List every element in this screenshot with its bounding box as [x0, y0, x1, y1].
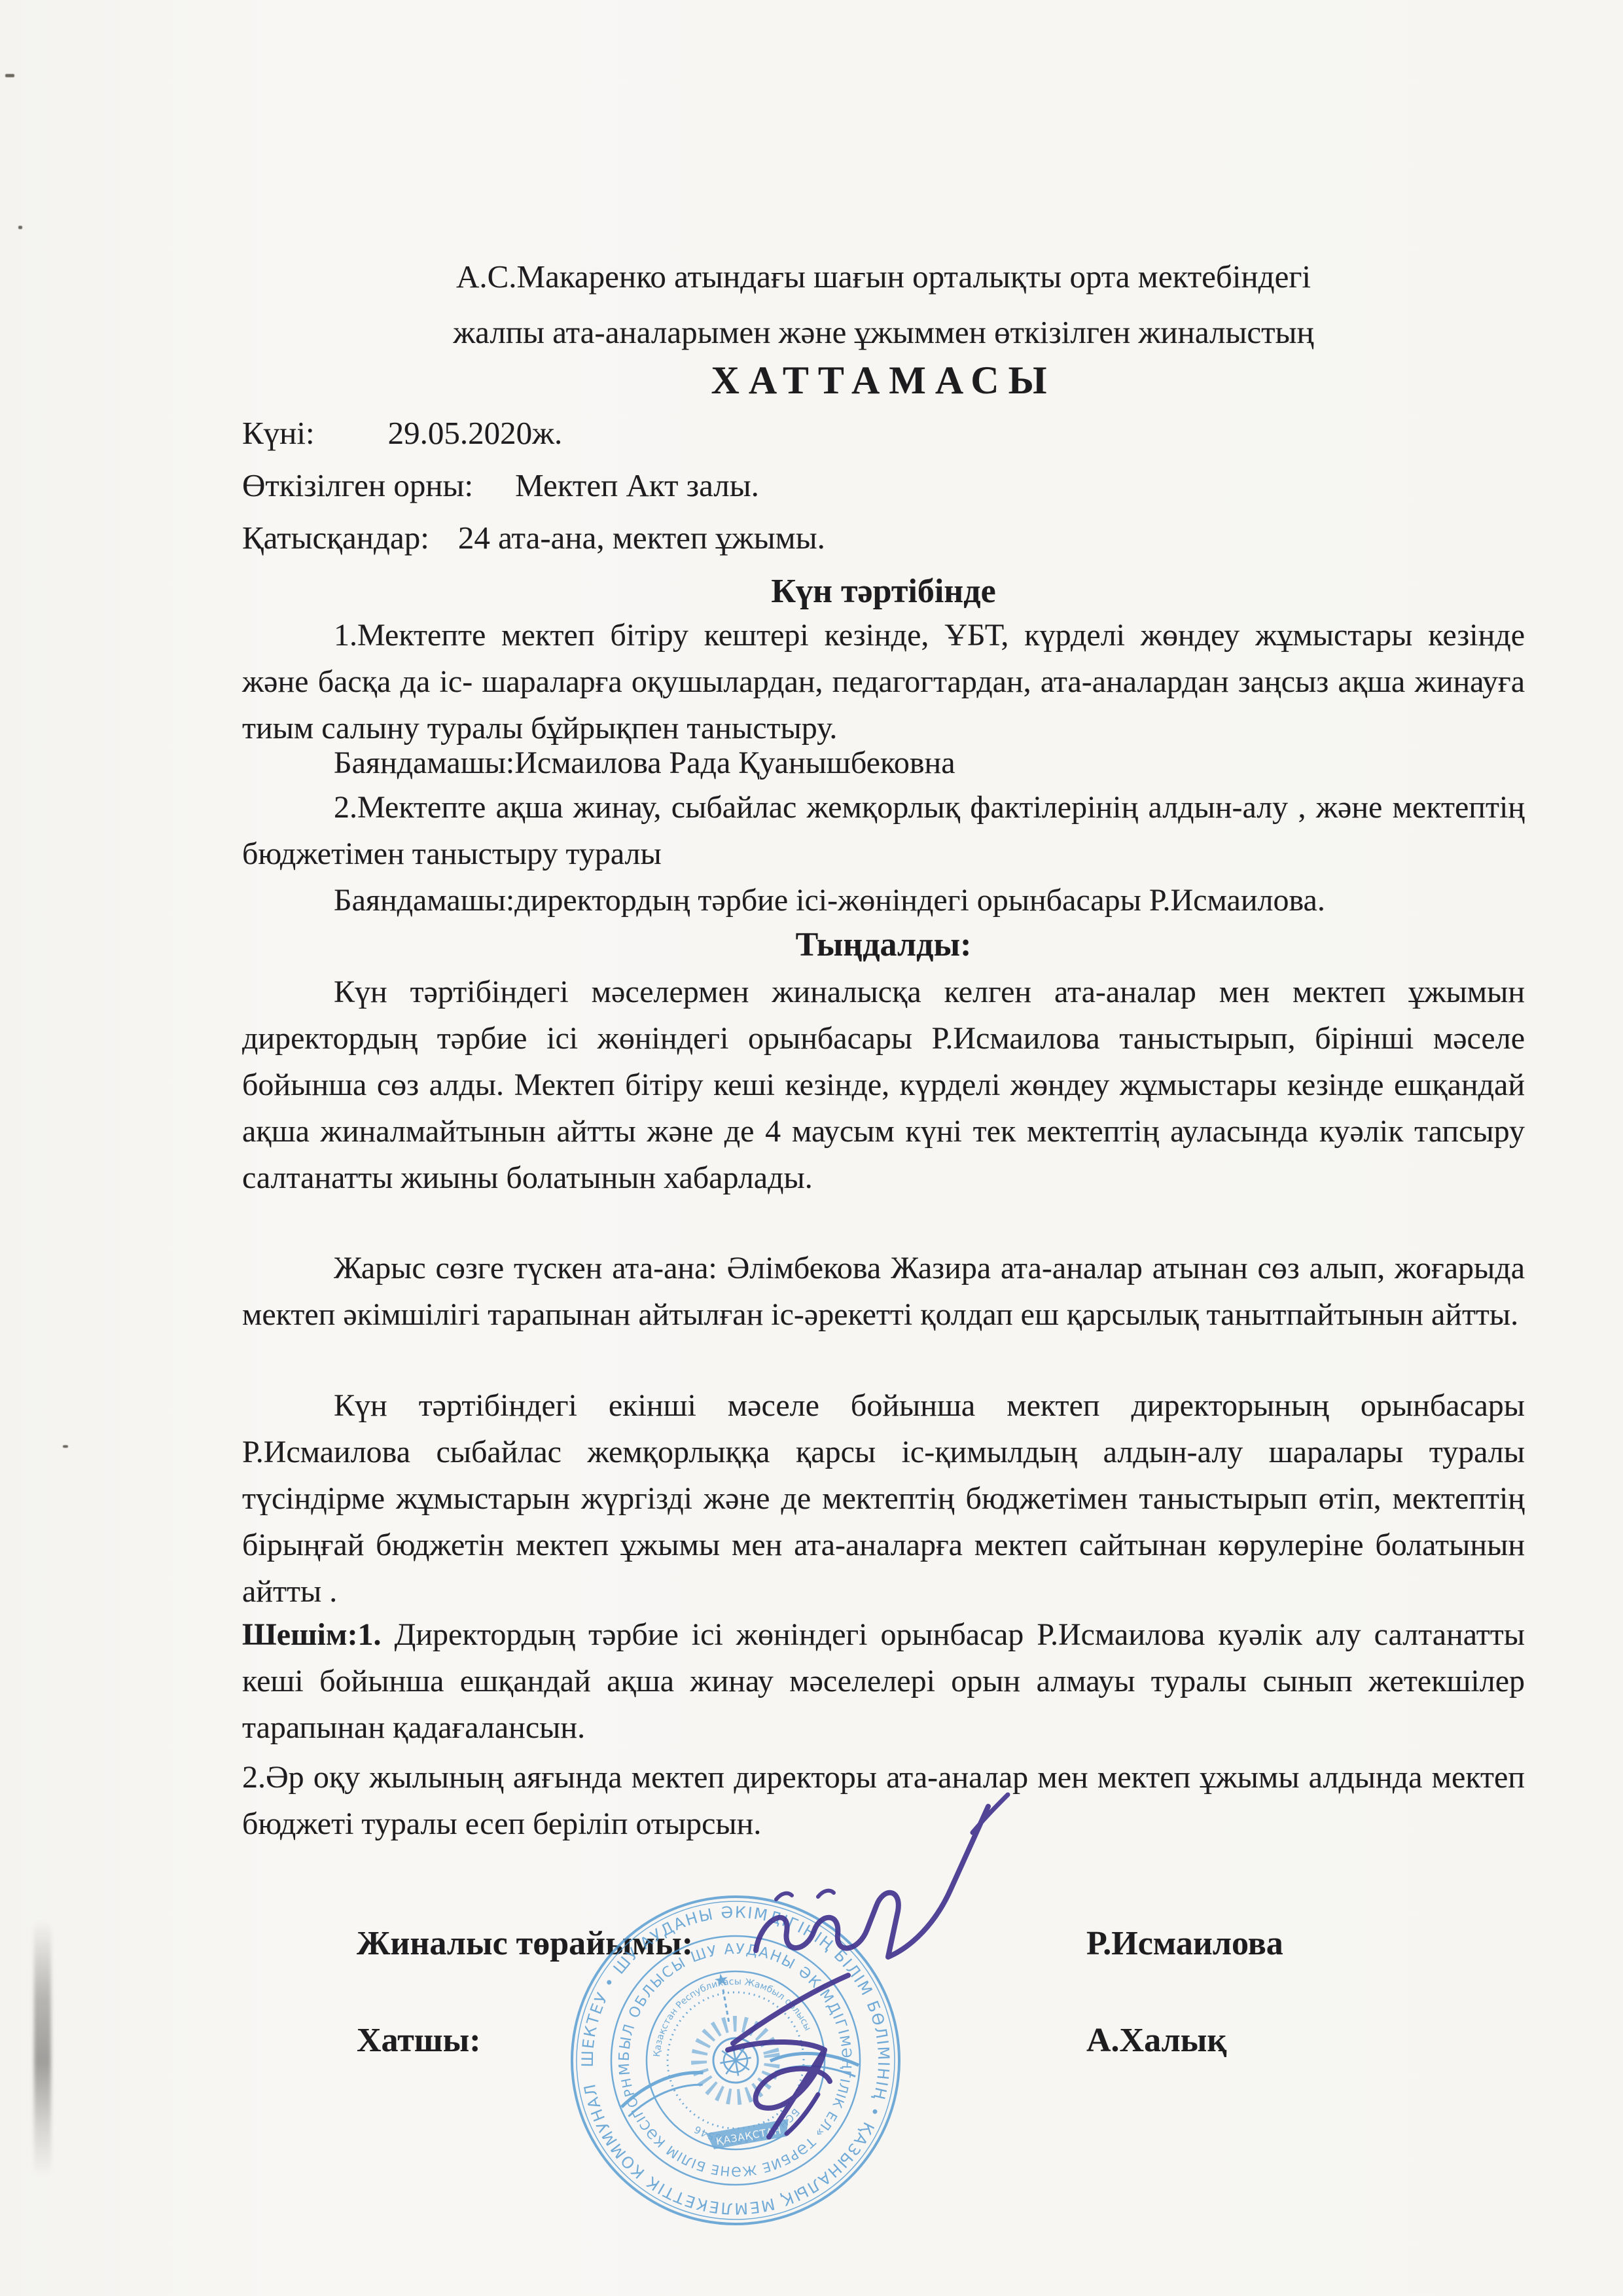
agenda-speaker-2: Баяндамашы:директордың тәрбие ісі-жөнінд…	[334, 877, 1616, 924]
signature-secretary-ink	[728, 1975, 848, 2137]
scan-speck-artifact	[5, 74, 14, 77]
document-type-heading: ХАТТАМАСЫ	[242, 357, 1525, 404]
hearing-heading: Тыңдалды:	[242, 922, 1525, 968]
participants-value: 24 ата-ана, мектеп ұжымы.	[458, 520, 825, 556]
scanned-protocol-page: А.С.Макаренко атындағы шағын орталықты о…	[0, 0, 1623, 2296]
hearing-paragraph-3: Күн тәртібіндегі екінші мәселе бойынша м…	[242, 1382, 1525, 1615]
handwritten-signatures	[622, 1754, 1080, 2160]
scan-speck-artifact	[63, 1445, 68, 1448]
agenda-speaker-1: Баяндамашы:Исмаилова Рада Қуанышбековна	[334, 740, 1616, 786]
date-value: 29.05.2020ж.	[388, 415, 563, 451]
agenda-heading: Күн тәртібінде	[242, 568, 1525, 615]
decision-label: Шешім:1.	[242, 1617, 382, 1652]
date-label: Күні:	[242, 415, 315, 451]
meta-row-participants: Қатысқандар:24 ата-ана, мектеп ұжымы.	[242, 512, 1525, 564]
document-title: А.С.Макаренко атындағы шағын орталықты о…	[242, 249, 1525, 360]
hearing-paragraph-2: Жарыс сөзге түскен ата-ана: Әлімбекова Ж…	[242, 1245, 1525, 1338]
meta-row-place: Өткізілген орны:Мектеп Акт залы.	[242, 459, 1525, 512]
decision-1-text: Директордың тәрбие ісі жөніндегі орынбас…	[242, 1617, 1525, 1745]
decision-1: Шешім:1. Директордың тәрбие ісі жөніндег…	[242, 1611, 1525, 1751]
place-label: Өткізілген орны:	[242, 467, 473, 503]
scan-streak-artifact	[34, 1921, 51, 2176]
meta-row-date: Күні:29.05.2020ж.	[242, 407, 1525, 459]
title-line-1: А.С.Макаренко атындағы шағын орталықты о…	[242, 249, 1525, 304]
meta-block: Күні:29.05.2020ж. Өткізілген орны:Мектеп…	[242, 407, 1525, 564]
agenda-item-1: 1.Мектепте мектеп бітіру кештері кезінде…	[242, 612, 1525, 751]
place-value: Мектеп Акт залы.	[515, 467, 759, 503]
chairwoman-name: Р.Исмаилова	[1086, 1918, 1283, 1970]
agenda-item-2: 2.Мектепте ақша жинау, сыбайлас жемқорлы…	[242, 784, 1525, 877]
title-line-2: жалпы ата-аналарымен және ұжыммен өткізі…	[242, 304, 1525, 360]
hearing-paragraph-1: Күн тәртібіндегі мәселермен жиналысқа ке…	[242, 969, 1525, 1201]
secretary-name: А.Халық	[1086, 2015, 1226, 2067]
scan-speck-artifact	[18, 226, 22, 229]
signature-chairwoman-ink	[756, 1795, 1008, 1957]
participants-label: Қатысқандар:	[242, 520, 429, 556]
secretary-label: Хатшы:	[357, 2015, 481, 2067]
